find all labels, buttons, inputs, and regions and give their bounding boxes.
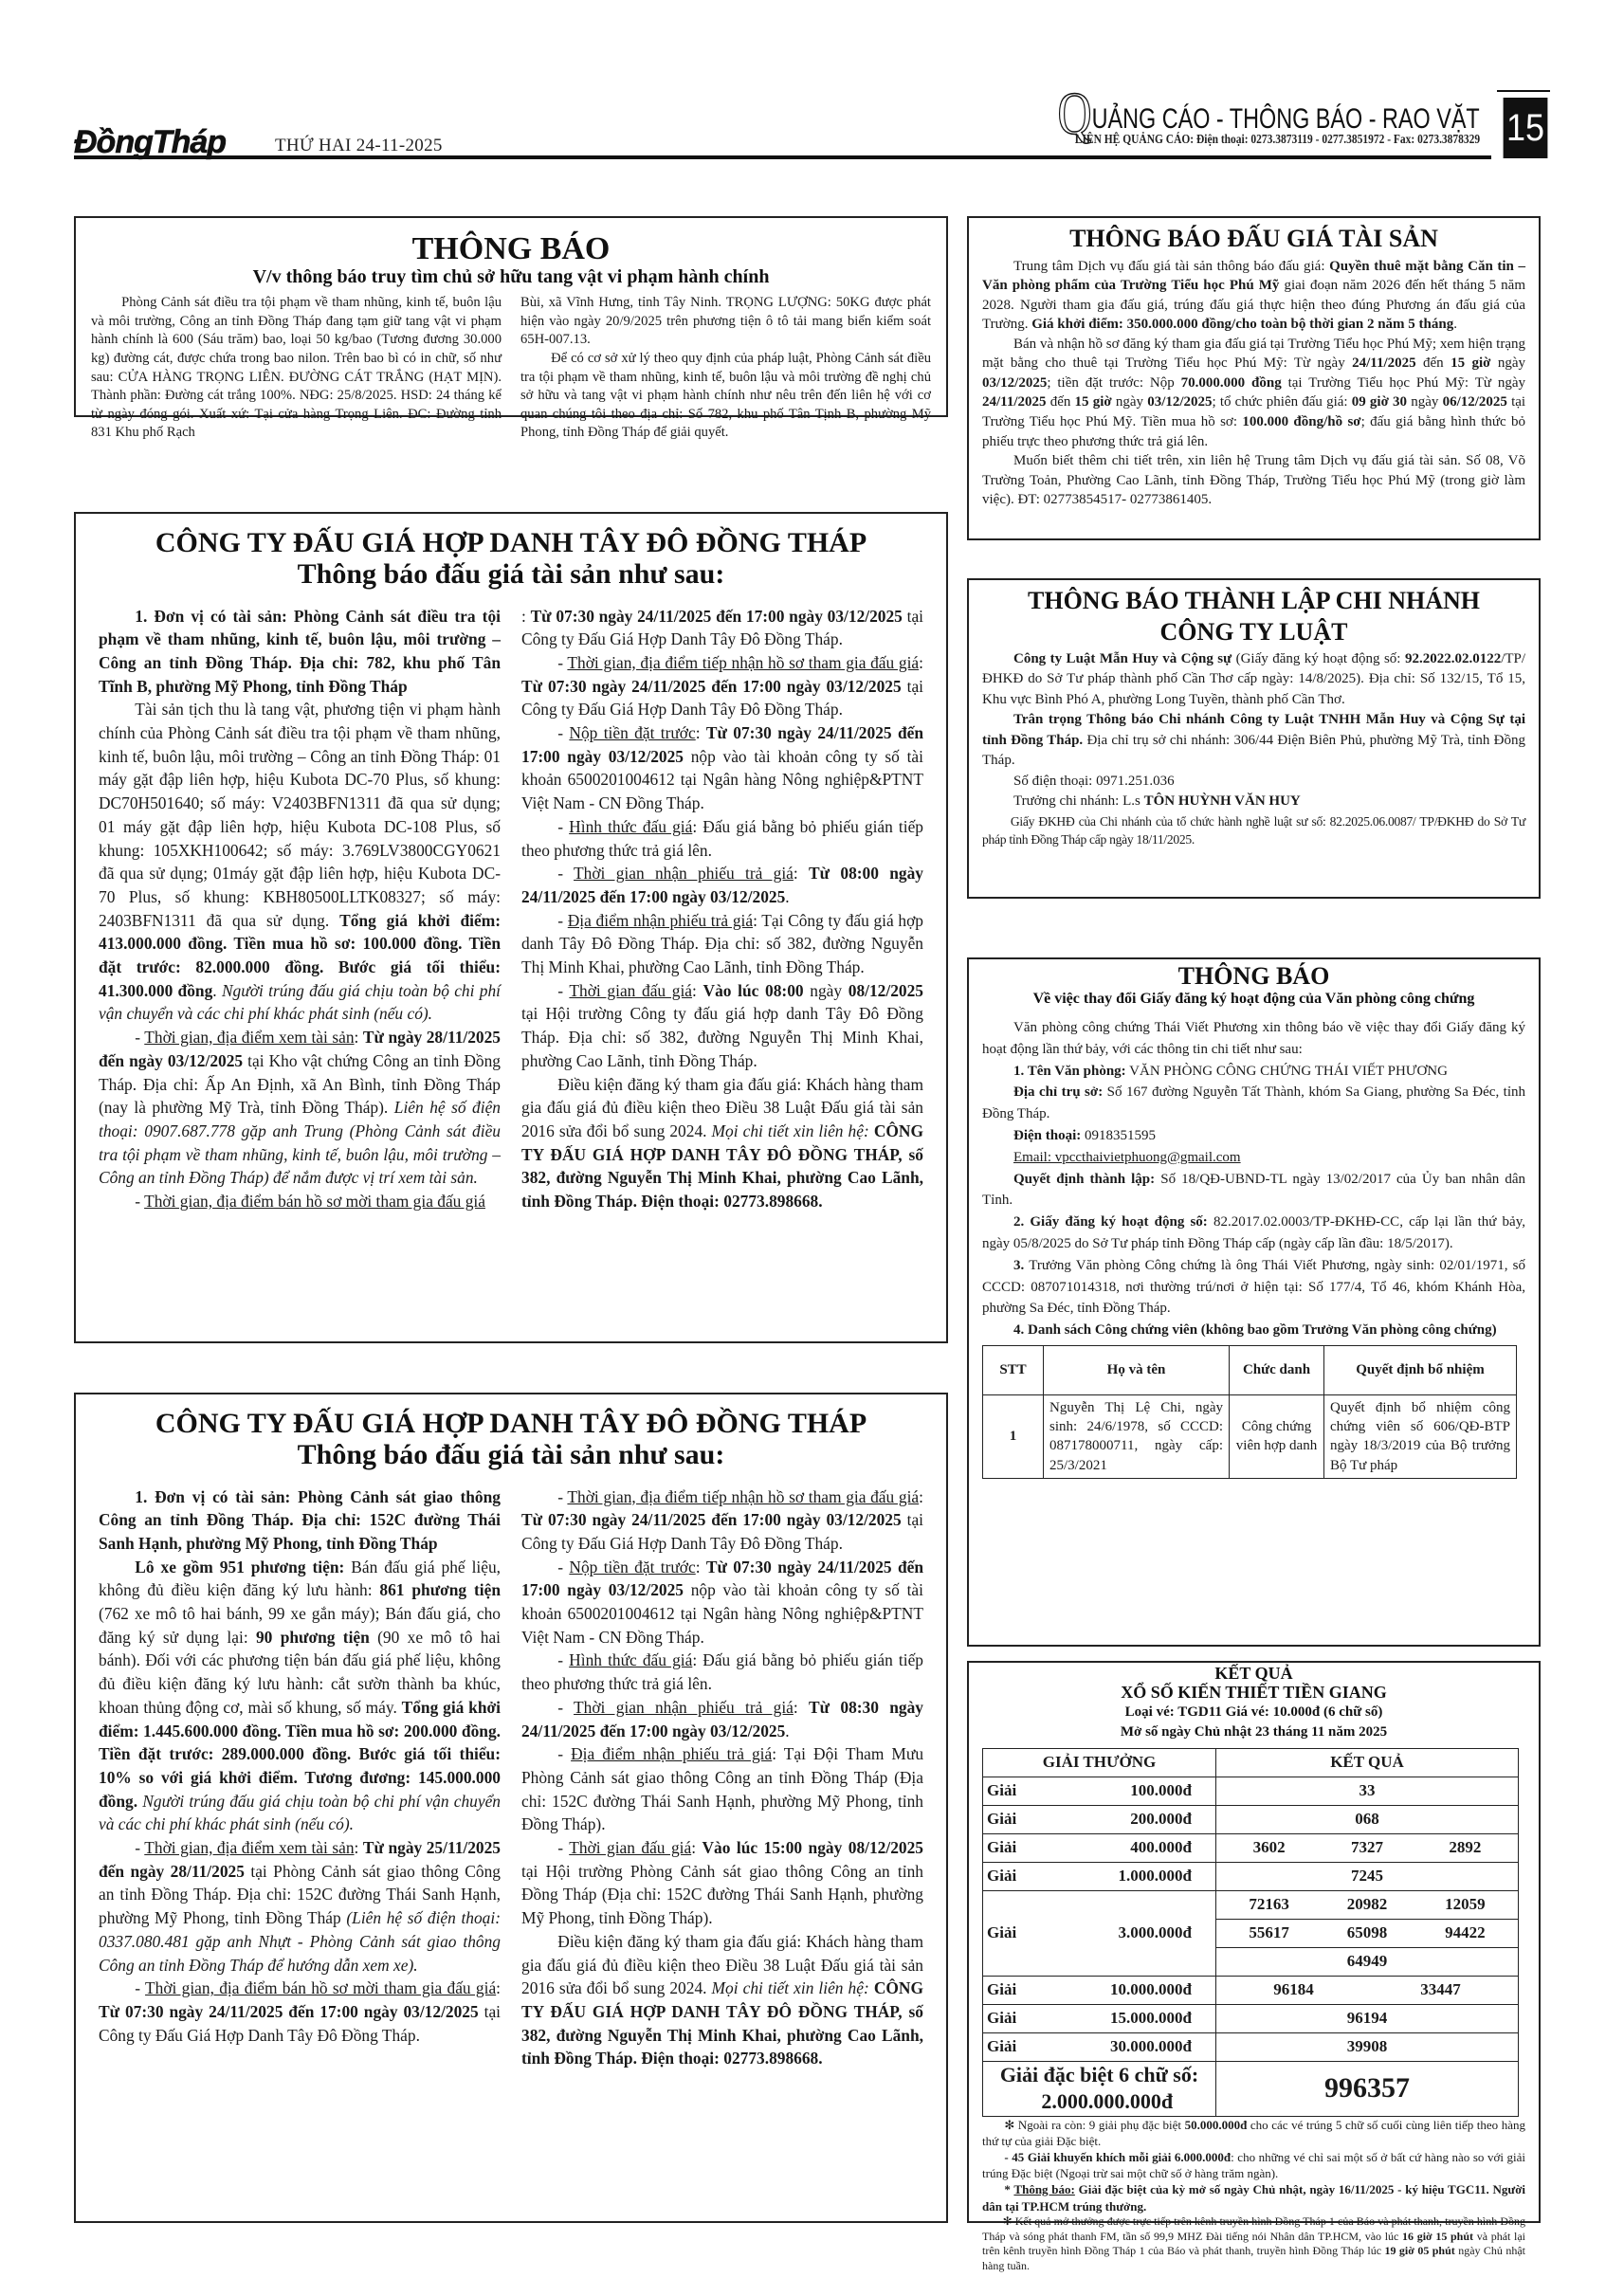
prize-cell: Giải3.000.000đ [983,1890,1216,1976]
prize-cell: Giải30.000.000đ [983,2032,1216,2061]
result-cell: 33 [1216,1777,1519,1805]
law-branch-paragraph: Trân trọng Thông báo Chi nhánh Công ty L… [982,710,1525,771]
notary-list-label: 4. Danh sách Công chứng viên (không bao … [982,1320,1525,1341]
notary-title: THÔNG BÁO [982,963,1525,991]
auction-form-info: - Hình thức đấu giá: Đấu giá bằng bỏ phi… [521,815,923,862]
notary-office-name: 1. Tên Văn phòng: VĂN PHÒNG CÔNG CHỨNG T… [982,1061,1525,1083]
notary-notice: THÔNG BÁO Về việc thay đổi Giấy đăng ký … [967,957,1541,1647]
special-prize-row: Giải đặc biệt 6 chữ số: 2.000.000.000đ 9… [983,2061,1519,2116]
auction-notice-1: CÔNG TY ĐẤU GIÁ HỢP DANH TÂY ĐÔ ĐỒNG THÁ… [74,512,948,1343]
auction-time-info: - Thời gian đấu giá: Vào lúc 15:00 ngày … [521,1836,923,1930]
notary-intro: Văn phòng công chứng Thái Viết Phương xi… [982,1017,1525,1061]
prize-cell: Giải15.000.000đ [983,2004,1216,2032]
receive-docs-info: - Thời gian, địa điểm tiếp nhận hồ sơ th… [521,1485,923,1556]
prize-row: Giải15.000.000đ 96194 [983,2004,1519,2032]
auction-company-title: CÔNG TY ĐẤU GIÁ HỢP DANH TÂY ĐÔ ĐỒNG THÁ… [99,1408,923,1439]
notary-email[interactable]: Email: vpccthaivietphuong@gmail.com [982,1147,1525,1169]
table-cell: Quyết định bổ nhiệm công chứng viên số 6… [1324,1394,1517,1478]
auction-notice-2: CÔNG TY ĐẤU GIÁ HỢP DANH TÂY ĐÔ ĐỒNG THÁ… [74,1393,948,2223]
result-cell: 64949 [1216,1947,1519,1976]
table-cell: Nguyễn Thị Lệ Chi, ngày sinh: 24/6/1978,… [1044,1394,1230,1478]
bid-place-info: - Địa điểm nhận phiếu trả giá: Tại Đội T… [521,1742,923,1836]
prize-cell: Giải10.000.000đ [983,1976,1216,2004]
auction-subtitle: Thông báo đấu giá tài sản như sau: [99,558,923,592]
issue-date: THỨ HAI 24-11-2025 [275,136,443,156]
lottery-note: - 45 Giải khuyến khích mỗi giải 6.000.00… [982,2149,1525,2181]
law-branch-title: THÔNG BÁO THÀNH LẬP CHI NHÁNHCÔNG TY LUẬ… [982,586,1525,647]
table-cell: 1 [983,1394,1044,1478]
masthead-rule [74,155,1491,159]
notary-table: STT Họ và tên Chức danh Quyết định bổ nh… [982,1345,1517,1479]
notice-paragraph: Bùi, xã Vĩnh Hưng, tỉnh Tây Ninh. TRỌNG … [520,294,931,350]
vehicle-lot: Lô xe gồm 951 phương tiện: Bán đấu giá p… [99,1556,501,1836]
lottery-note: ✻ Kết quả mở thưởng được trực tiếp trên … [982,2214,1525,2274]
column-header: Chức danh [1230,1345,1324,1394]
notary-subtitle: Về việc thay đổi Giấy đăng ký hoạt động … [982,991,1525,1008]
column-header: KẾT QUẢ [1216,1748,1519,1777]
law-branch-license: Giấy ĐKHĐ của Chi nhánh của tổ chức hành… [982,812,1525,849]
page-number: 15 [1504,98,1548,158]
table-row: 1 Nguyễn Thị Lệ Chi, ngày sinh: 24/6/197… [983,1394,1517,1478]
notice-column-1: Phòng Cảnh sát điều tra tội phạm về tham… [91,294,502,442]
receive-docs-info: - Thời gian, địa điểm tiếp nhận hồ sơ th… [521,651,923,721]
prize-cell: Giải100.000đ [983,1777,1216,1805]
column-header: Quyết định bổ nhiệm [1324,1345,1517,1394]
column-header: Họ và tên [1044,1345,1230,1394]
notice-evidence-owner: THÔNG BÁO V/v thông báo truy tìm chủ sở … [74,216,948,417]
special-prize-cell: Giải đặc biệt 6 chữ số: 2.000.000.000đ [983,2061,1216,2116]
result-cell: 7245 [1216,1862,1519,1890]
auction-conditions: Điều kiện đăng ký tham gia đấu giá: Khác… [521,1073,923,1213]
deposit-info: - Nộp tiền đặt trước: Từ 07:30 ngày 24/1… [521,1556,923,1649]
lottery-results: KẾT QUẢ XỔ SỐ KIẾN THIẾT TIỀN GIANG Loại… [967,1661,1541,2223]
bid-time-info: - Thời gian nhận phiếu trả giá: Từ 08:30… [521,1696,923,1742]
notice-paragraph: Phòng Cảnh sát điều tra tội phạm về tham… [91,294,502,442]
page-number-rule [1497,90,1550,92]
prize-cell: Giải400.000đ [983,1833,1216,1862]
auction-subtitle: Thông báo đấu giá tài sản như sau: [99,1439,923,1472]
auction-column-2: : Từ 07:30 ngày 24/11/2025 đến 17:00 ngà… [521,605,923,1213]
lottery-name: XỔ SỐ KIẾN THIẾT TIỀN GIANG [982,1684,1525,1703]
prize-row: Giải30.000.000đ 39908 [983,2032,1519,2061]
law-branch-head: Trưởng chi nhánh: L.s TÔN HUỲNH VĂN HUY [982,792,1525,811]
asset-owner: 1. Đơn vị có tài sản: Phòng Cảnh sát gia… [99,1485,501,1556]
lottery-draw-date: Mở số ngày Chủ nhật 23 tháng 11 năm 2025 [982,1722,1525,1742]
lottery-notes: ✻ Ngoài ra còn: 9 giải phụ đặc biệt 50.0… [982,2117,1525,2274]
auction-column-1: 1. Đơn vị có tài sản: Phòng Cảnh sát gia… [99,1485,501,2071]
notary-phone: Điện thoại: 0918351595 [982,1125,1525,1147]
result-cell: 360273272892 [1216,1833,1519,1862]
lottery-title: KẾT QUẢ [982,1665,1525,1684]
table-cell: Công chứng viên hợp danh [1230,1394,1324,1478]
bid-place-info: - Địa điểm nhận phiếu trả giá: Tại Công … [521,909,923,979]
bid-time-info: - Thời gian nhận phiếu trả giá: Từ 08:00… [521,862,923,908]
sell-docs-info: - Thời gian, địa điểm bán hồ sơ mời tham… [99,1977,501,2047]
asset-auction-paragraph: Bán và nhận hồ sơ đăng ký tham gia đấu g… [982,335,1525,451]
notice-subtitle: V/v thông báo truy tìm chủ sở hữu tang v… [91,266,931,288]
ad-contact-line: LIÊN HỆ QUẢNG CÁO: Điện thoại: 0273.3873… [1075,133,1480,148]
prize-row: Giải400.000đ 360273272892 [983,1833,1519,1862]
prize-row: Giải1.000.000đ 7245 [983,1862,1519,1890]
auction-time-info: - Thời gian đấu giá: Vào lúc 08:00 ngày … [521,979,923,1073]
asset-auction-title: THÔNG BÁO ĐẤU GIÁ TÀI SẢN [982,226,1525,253]
asset-description: Tài sản tịch thu là tang vật, phương tiệ… [99,698,501,1026]
notary-head: 3. Trưởng Văn phòng Công chứng là ông Th… [982,1255,1525,1320]
lottery-note: ✻ Ngoài ra còn: 9 giải phụ đặc biệt 50.0… [982,2117,1525,2149]
sell-docs-info: : Từ 07:30 ngày 24/11/2025 đến 17:00 ngà… [521,605,923,651]
auction-column-2: - Thời gian, địa điểm tiếp nhận hồ sơ th… [521,1485,923,2071]
lottery-table: GIẢI THƯỞNG KẾT QUẢ Giải100.000đ 33 Giải… [982,1748,1519,2117]
notice-paragraph: Để có cơ sở xử lý theo quy định của pháp… [520,350,931,443]
asset-owner: 1. Đơn vị có tài sản: Phòng Cảnh sát điề… [99,605,501,699]
prize-row: Giải200.000đ 068 [983,1805,1519,1833]
prize-row: Giải100.000đ 33 [983,1777,1519,1805]
prize-row: Giải10.000.000đ 9618433447 [983,1976,1519,2004]
notice-column-2: Bùi, xã Vĩnh Hưng, tỉnh Tây Ninh. TRỌNG … [520,294,931,442]
law-branch-paragraph: Công ty Luật Mẫn Huy và Cộng sự (Giấy đă… [982,649,1525,710]
result-cell: 556176509894422 [1216,1919,1519,1947]
law-branch-phone: Số điện thoại: 0971.251.036 [982,772,1525,792]
result-cell: 9618433447 [1216,1976,1519,2004]
asset-auction-notice: THÔNG BÁO ĐẤU GIÁ TÀI SẢN Trung tâm Dịch… [967,216,1541,540]
view-asset-info: - Thời gian, địa điểm xem tài sản: Từ ng… [99,1026,501,1190]
result-cell: 39908 [1216,2032,1519,2061]
result-cell: 721632098212059 [1216,1890,1519,1919]
lottery-ticket-info: Loại vé: TGD11 Giá vé: 10.000đ (6 chữ số… [982,1703,1525,1722]
auction-conditions: Điều kiện đăng ký tham gia đấu giá: Khác… [521,1930,923,2070]
result-cell: 068 [1216,1805,1519,1833]
sell-docs-label: - Thời gian, địa điểm bán hồ sơ mời tham… [99,1190,501,1213]
auction-form-info: - Hình thức đấu giá: Đấu giá bằng bỏ phi… [521,1649,923,1695]
result-cell: 96194 [1216,2004,1519,2032]
asset-auction-paragraph: Muốn biết thêm chi tiết trên, xin liên h… [982,451,1525,510]
prize-cell: Giải1.000.000đ [983,1862,1216,1890]
prize-row: Giải3.000.000đ 721632098212059 [983,1890,1519,1919]
special-result-cell: 996357 [1216,2061,1519,2116]
section-title-text: UẢNG CÁO - THÔNG BÁO - RAO VẶT [1092,103,1480,135]
auction-column-1: 1. Đơn vị có tài sản: Phòng Cảnh sát điề… [99,605,501,1213]
auction-columns: 1. Đơn vị có tài sản: Phòng Cảnh sát gia… [99,1485,923,2071]
lottery-note: * Thông báo: Giải đặc biệt của kỳ mở số … [982,2181,1525,2214]
notary-registration: 2. Giấy đăng ký hoạt động số: 82.2017.02… [982,1212,1525,1255]
view-asset-info: - Thời gian, địa điểm xem tài sản: Từ ng… [99,1836,501,1977]
notary-decision: Quyết định thành lập: Số 18/QĐ-UBND-TL n… [982,1169,1525,1212]
masthead: ĐồngTháp THỨ HAI 24-11-2025 QUẢNG CÁO - … [74,71,1550,159]
auction-company-title: CÔNG TY ĐẤU GIÁ HỢP DANH TÂY ĐÔ ĐỒNG THÁ… [99,527,923,558]
notary-address: Địa chỉ trụ sở: Số 167 đường Nguyễn Tất … [982,1082,1525,1125]
column-header: GIẢI THƯỞNG [983,1748,1216,1777]
table-header-row: STT Họ và tên Chức danh Quyết định bổ nh… [983,1345,1517,1394]
asset-auction-paragraph: Trung tâm Dịch vụ đấu giá tài sản thông … [982,257,1525,335]
notice-columns: Phòng Cảnh sát điều tra tội phạm về tham… [91,294,931,442]
notice-title: THÔNG BÁO [91,231,931,266]
column-header: STT [983,1345,1044,1394]
deposit-info: - Nộp tiền đặt trước: Từ 07:30 ngày 24/1… [521,721,923,815]
prize-cell: Giải200.000đ [983,1805,1216,1833]
auction-columns: 1. Đơn vị có tài sản: Phòng Cảnh sát điề… [99,605,923,1213]
table-header-row: GIẢI THƯỞNG KẾT QUẢ [983,1748,1519,1777]
law-branch-notice: THÔNG BÁO THÀNH LẬP CHI NHÁNHCÔNG TY LUẬ… [967,578,1541,899]
